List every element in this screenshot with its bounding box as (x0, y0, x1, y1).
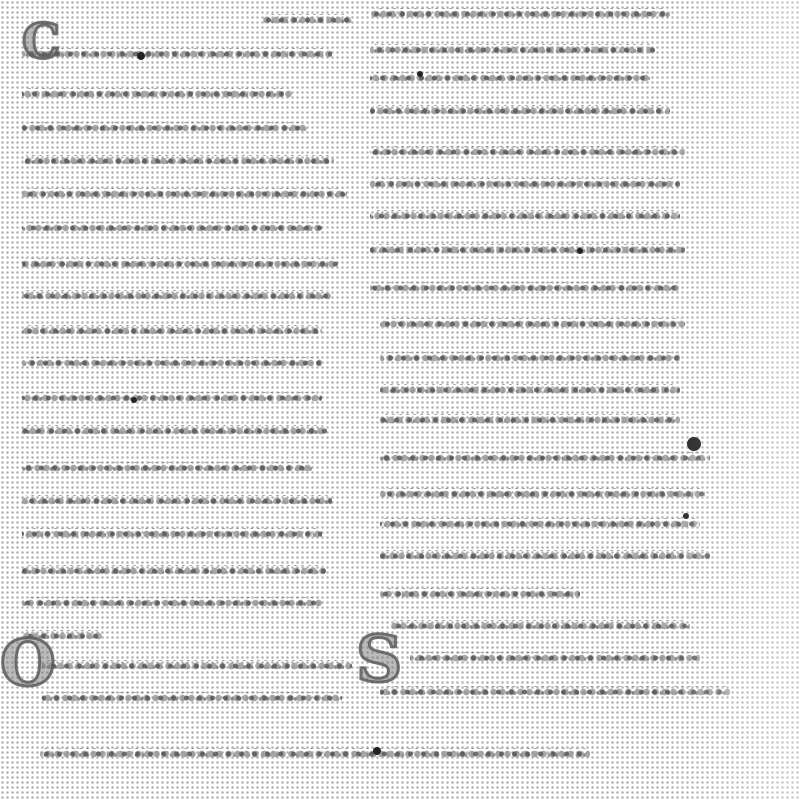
text-line (42, 660, 352, 672)
right-text-column: S (370, 0, 700, 800)
text-line (380, 488, 705, 500)
ink-speck (417, 71, 423, 77)
ink-speck (577, 248, 583, 254)
text-line (22, 357, 322, 369)
ink-speck (373, 747, 381, 755)
ink-speck (131, 397, 137, 403)
text-line (22, 88, 292, 100)
text-line (370, 8, 670, 20)
text-line (22, 188, 347, 200)
text-line (370, 146, 685, 158)
ink-speck (137, 52, 145, 60)
text-line (22, 462, 312, 474)
text-line (370, 178, 680, 190)
text-line (22, 392, 322, 404)
text-line (22, 258, 338, 270)
text-line (22, 495, 332, 507)
text-line (370, 244, 685, 256)
right-margin-fade (660, 0, 800, 800)
text-line (262, 14, 352, 26)
text-line (380, 588, 580, 600)
text-line (370, 210, 680, 222)
text-line (22, 565, 327, 577)
text-line (22, 290, 332, 302)
halftone-document-page: CO S (0, 0, 800, 800)
text-line (380, 352, 680, 364)
left-text-column: CO (22, 0, 342, 800)
text-line (22, 48, 332, 60)
text-line (380, 414, 680, 426)
text-line (370, 44, 655, 56)
text-line (370, 282, 680, 294)
text-line (22, 325, 322, 337)
text-line (380, 384, 680, 396)
text-line (410, 652, 700, 664)
text-line (22, 155, 334, 167)
drop-cap-letter: S (356, 628, 402, 692)
text-line (390, 620, 690, 632)
drop-cap-letter: O (0, 632, 56, 696)
text-line (22, 597, 322, 609)
text-line (22, 528, 322, 540)
drop-cap-letter: C (22, 18, 60, 66)
text-line (380, 318, 685, 330)
text-line (22, 222, 322, 234)
text-line (42, 692, 342, 704)
text-line (370, 105, 670, 117)
footer-text-line (40, 748, 590, 760)
text-line (22, 425, 327, 437)
text-line (370, 72, 650, 84)
text-line (22, 122, 307, 134)
text-line (380, 518, 700, 530)
